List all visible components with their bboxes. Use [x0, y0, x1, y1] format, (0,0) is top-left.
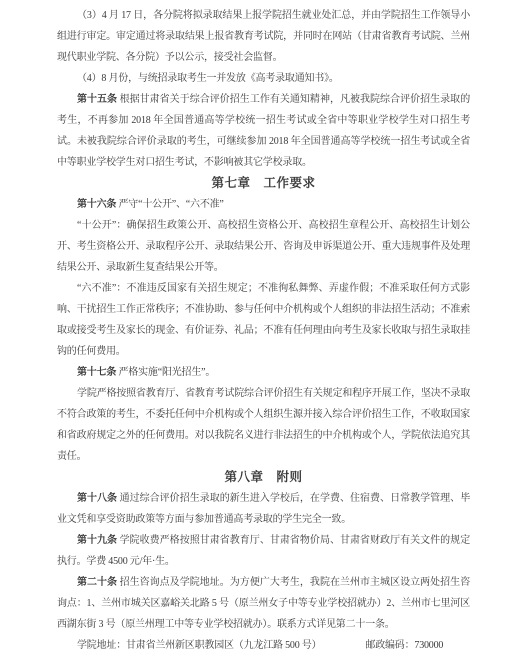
list-item-3: （3）4 月 17 日，各分院将拟录取结果上报学院招生就业处汇总，并由学院招生工…	[57, 5, 470, 68]
article-text: 通过综合评价招生录取的新生进入学校后，在学费、住宿费、日常教学管理、毕业文凭和享…	[57, 493, 470, 525]
article-number: 第十七条	[77, 367, 116, 378]
address-postal-line: 学院地址：甘肃省兰州新区职教园区（九龙江路 500 号）邮政编码：730000	[57, 635, 470, 656]
article-number: 第十六条	[77, 199, 116, 210]
article-text: 学院收费严格按照甘肃省教育厅、甘肃省物价局、甘肃省财政厅有关文件的规定执行。学费…	[57, 535, 470, 567]
paragraph-text: “十公开”：确保招生政策公开、高校招生资格公开、高校招生章程公开、高校招生计划公…	[57, 220, 470, 273]
article-number: 第十九条	[77, 535, 117, 546]
paragraph-sunshine-enrollment: 学院严格按照省教育厅、省教育考试院综合评价招生有关规定和程序开展工作，坚决不录取…	[57, 383, 470, 467]
college-address: 学院地址：甘肃省兰州新区职教园区（九龙江路 500 号）	[77, 640, 321, 651]
article-text: 根据甘肃省关于综合评价招生工作有关通知精神，凡被我院综合评价招生录取的考生，不再…	[57, 94, 470, 168]
paragraph-text: “六不准”：不准违反国家有关招生规定；不准徇私舞弊、弄虚作假；不准采取任何方式影…	[57, 283, 470, 357]
article-text: 严守“十公开”、“六不准”	[116, 199, 223, 210]
article-text: 严格实施“阳光招生”。	[116, 367, 215, 378]
list-item-4: （4）8 月份，与统招录取考生一并发放《高考录取通知书》。	[57, 68, 470, 89]
article-text: 招生咨询点及学院地址。为方便广大考生，我院在兰州市主城区设立两处招生咨询点：1、…	[57, 577, 470, 630]
paragraph-ten-disclosures: “十公开”：确保招生政策公开、高校招生资格公开、高校招生章程公开、高校招生计划公…	[57, 215, 470, 278]
chapter-heading-7: 第七章 工作要求	[57, 173, 470, 194]
article-20: 第二十条 招生咨询点及学院地址。为方便广大考生，我院在兰州市主城区设立两处招生咨…	[57, 572, 470, 635]
article-18: 第十八条 通过综合评价招生录取的新生进入学校后，在学费、住宿费、日常教学管理、毕…	[57, 488, 470, 530]
paragraph-text: （4）8 月份，与统招录取考生一并发放《高考录取通知书》。	[77, 73, 339, 84]
paragraph-text: （3）4 月 17 日，各分院将拟录取结果上报学院招生就业处汇总，并由学院招生工…	[57, 10, 470, 63]
article-17: 第十七条 严格实施“阳光招生”。	[57, 362, 470, 383]
article-19: 第十九条 学院收费严格按照甘肃省教育厅、甘肃省物价局、甘肃省财政厅有关文件的规定…	[57, 530, 470, 572]
article-15: 第十五条 根据甘肃省关于综合评价招生工作有关通知精神，凡被我院综合评价招生录取的…	[57, 89, 470, 173]
paragraph-six-prohibitions: “六不准”：不准违反国家有关招生规定；不准徇私舞弊、弄虚作假；不准采取任何方式影…	[57, 278, 470, 362]
postal-code: 邮政编码：730000	[365, 640, 443, 651]
article-number: 第十五条	[77, 94, 117, 105]
article-number: 第二十条	[77, 577, 117, 588]
article-number: 第十八条	[77, 493, 117, 504]
document-page: （3）4 月 17 日，各分院将拟录取结果上报学院招生就业处汇总，并由学院招生工…	[0, 0, 525, 658]
paragraph-text: 学院严格按照省教育厅、省教育考试院综合评价招生有关规定和程序开展工作，坚决不录取…	[57, 388, 470, 462]
article-16: 第十六条 严守“十公开”、“六不准”	[57, 194, 470, 215]
chapter-heading-8: 第八章 附则	[57, 467, 470, 488]
